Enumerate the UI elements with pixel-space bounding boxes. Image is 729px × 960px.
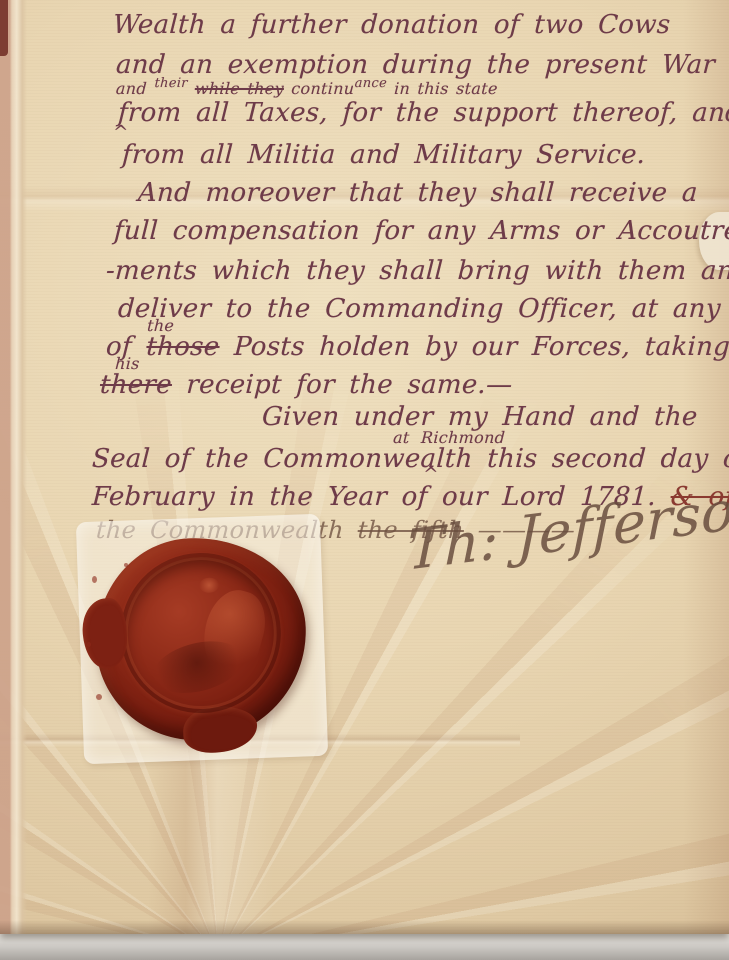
text-segment: receipt for the same.— xyxy=(171,370,513,400)
manuscript-line: -ments which they shall bring with them … xyxy=(105,256,729,286)
struck-word: there xyxy=(99,370,172,400)
manuscript-line: deliver to the Commanding Officer, at an… xyxy=(117,294,721,324)
text-segment: from all Taxes, for the support thereof,… xyxy=(117,98,729,128)
inserted-word: his xyxy=(115,354,141,373)
manuscript-line: Wealth a further donation of two Cows xyxy=(112,10,671,40)
manuscript-line: from all Militia and Military Service. xyxy=(121,140,646,170)
page-binding-edge xyxy=(0,0,27,934)
text-segment: and xyxy=(115,79,147,98)
text-segment: Seal of the Commonwealth xyxy=(91,444,473,474)
text-segment: Posts holden by our Forces, taking xyxy=(219,332,729,362)
manuscript-line: there receipt for the same.— his xyxy=(99,370,513,400)
inserted-word: ance xyxy=(354,76,387,91)
text-segment: in this state xyxy=(394,79,499,98)
text-segment: continu xyxy=(291,79,355,98)
photographed-manuscript: Wealth a further donation of two Cows an… xyxy=(0,0,729,960)
manuscript-page: Wealth a further donation of two Cows an… xyxy=(0,0,729,934)
struck-word: those xyxy=(146,332,221,362)
seal-paper-wafer xyxy=(76,514,328,764)
struck-words: while they xyxy=(194,79,284,98)
text-segment: this second day of xyxy=(472,444,729,474)
interline-edit: and their while they continuance in this… xyxy=(115,76,498,98)
red-edge-mark xyxy=(0,0,8,56)
wax-speck xyxy=(92,576,97,583)
manuscript-line: of those Posts holden by our Forces, tak… xyxy=(105,332,729,362)
inserted-word: their xyxy=(154,76,188,91)
manuscript-line: from all Taxes, for the support thereof,… xyxy=(117,98,729,128)
manuscript-line: Seal of the Commonwealth this second day… xyxy=(91,444,729,474)
wax-speck xyxy=(87,642,91,647)
manuscript-line: And moreover that they shall receive a xyxy=(137,178,698,208)
inserted-phrase: at Richmond xyxy=(393,428,506,447)
inserted-word: the xyxy=(147,316,175,335)
page-bottom-shadow xyxy=(0,920,729,934)
wax-speck xyxy=(124,563,128,567)
manuscript-line: full compensation for any Arms or Accout… xyxy=(113,216,729,246)
wax-speck xyxy=(96,694,102,700)
